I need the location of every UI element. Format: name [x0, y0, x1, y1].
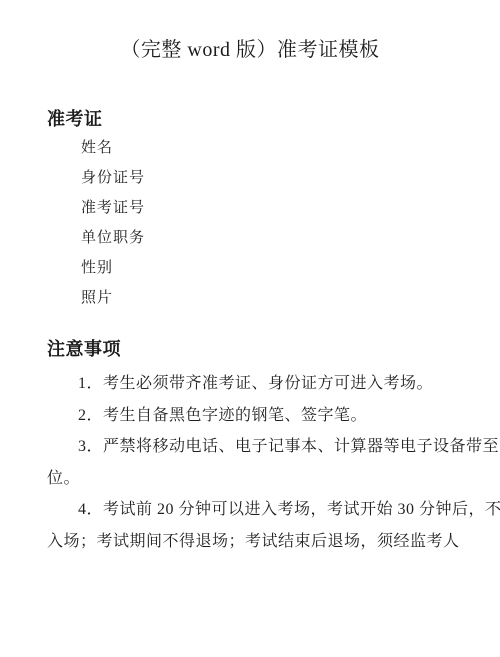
section-heading-notes: 注意事项	[47, 338, 121, 360]
field-label-name: 姓名	[81, 133, 145, 163]
field-label-photo: 照片	[81, 283, 145, 313]
section-heading-ticket: 准考证	[47, 108, 103, 130]
note-line-4-cont: 入场；考试期间不得退场；考试结束后退场，须经监考人	[47, 526, 467, 558]
field-label-id-number: 身份证号	[81, 163, 145, 193]
field-label-gender: 性别	[81, 253, 145, 283]
note-line-3: 3．严禁将移动电话、电子记事本、计算器等电子设备带至 座	[47, 431, 467, 463]
note-line-2: 2．考生自备黑色字迹的钢笔、签字笔。	[47, 400, 467, 432]
note-line-4: 4．考试前 20 分钟可以进入考场，考试开始 30 分钟后，不 得	[47, 494, 467, 526]
note-line-3-cont: 位。	[47, 463, 467, 495]
document-page: （完整 word 版）准考证模板 准考证 姓名 身份证号 准考证号 单位职务 性…	[0, 0, 500, 657]
note-line-1: 1．考生必须带齐准考证、身份证方可进入考场。	[47, 368, 467, 400]
ticket-field-list: 姓名 身份证号 准考证号 单位职务 性别 照片	[81, 133, 145, 313]
field-label-work-unit: 单位职务	[81, 223, 145, 253]
notes-list: 1．考生必须带齐准考证、身份证方可进入考场。 2．考生自备黑色字迹的钢笔、签字笔…	[47, 368, 467, 557]
field-label-ticket-no: 准考证号	[81, 193, 145, 223]
page-title: （完整 word 版）准考证模板	[0, 36, 500, 64]
